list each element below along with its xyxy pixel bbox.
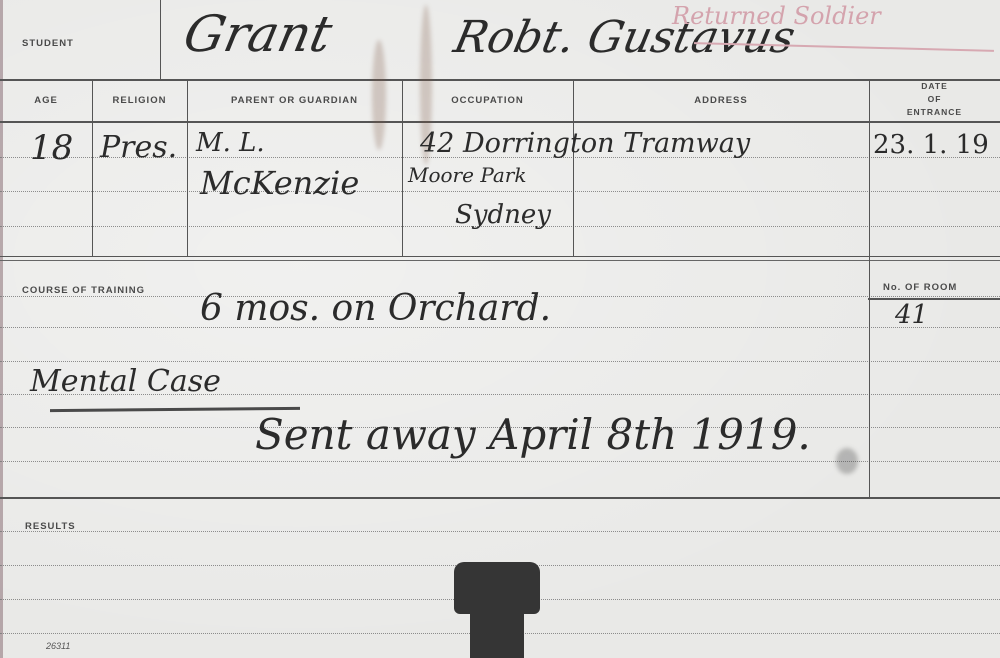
ink-blot	[836, 448, 858, 474]
rule-student-bottom	[0, 79, 1000, 81]
handwritten-note-mental-case: Mental Case	[30, 364, 221, 399]
handwritten-parent-initials: M. L.	[196, 128, 265, 158]
label-parent: PARENT OR GUARDIAN	[187, 95, 402, 106]
rule-room-underline	[868, 298, 1000, 300]
label-religion: RELIGION	[92, 95, 187, 106]
handwritten-date-of-entrance: 23. 1. 19	[873, 130, 989, 160]
label-student: STUDENT	[22, 38, 74, 49]
label-date-line3: ENTRANCE	[869, 106, 1000, 119]
rule-section-divider	[0, 256, 1000, 257]
handwritten-parent-surname: McKenzie	[200, 164, 359, 202]
dotted-line	[0, 361, 1000, 362]
label-course-of-training: COURSE OF TRAINING	[22, 285, 145, 296]
divider-student	[160, 0, 161, 79]
dotted-line	[0, 191, 1000, 192]
label-room-number: No. OF ROOM	[883, 282, 957, 293]
stain-mark	[372, 40, 386, 150]
student-record-card: STUDENT AGE RELIGION PARENT OR GUARDIAN …	[0, 0, 1000, 658]
filing-slot-neck	[470, 606, 524, 658]
handwritten-room-number: 41	[895, 300, 928, 330]
handwritten-age: 18	[30, 128, 73, 168]
rule-header-bottom	[0, 121, 1000, 123]
rule-results-top	[0, 497, 1000, 499]
annotation-returned-soldier: Returned Soldier	[672, 2, 881, 30]
handwritten-course: 6 mos. on Orchard.	[200, 288, 551, 329]
divider-date-room	[869, 79, 870, 497]
handwritten-address-line3: Sydney	[455, 200, 551, 230]
label-date-line1: DATE	[869, 80, 1000, 93]
dotted-line	[0, 531, 1000, 532]
label-results: RESULTS	[25, 521, 76, 532]
label-address: ADDRESS	[573, 95, 869, 106]
handwritten-religion: Pres.	[100, 130, 177, 165]
reference-number: 26311	[46, 641, 70, 651]
handwritten-address-line2: Moore Park	[408, 163, 526, 187]
label-date-of-entrance: DATE OF ENTRANCE	[869, 80, 1000, 119]
handwritten-address-line1: 42 Dorrington Tramway	[420, 128, 750, 159]
handwritten-surname: Grant	[179, 5, 337, 63]
handwritten-note-sent-away: Sent away April 8th 1919.	[255, 410, 811, 459]
label-date-line2: OF	[869, 93, 1000, 106]
label-age: AGE	[0, 95, 92, 106]
